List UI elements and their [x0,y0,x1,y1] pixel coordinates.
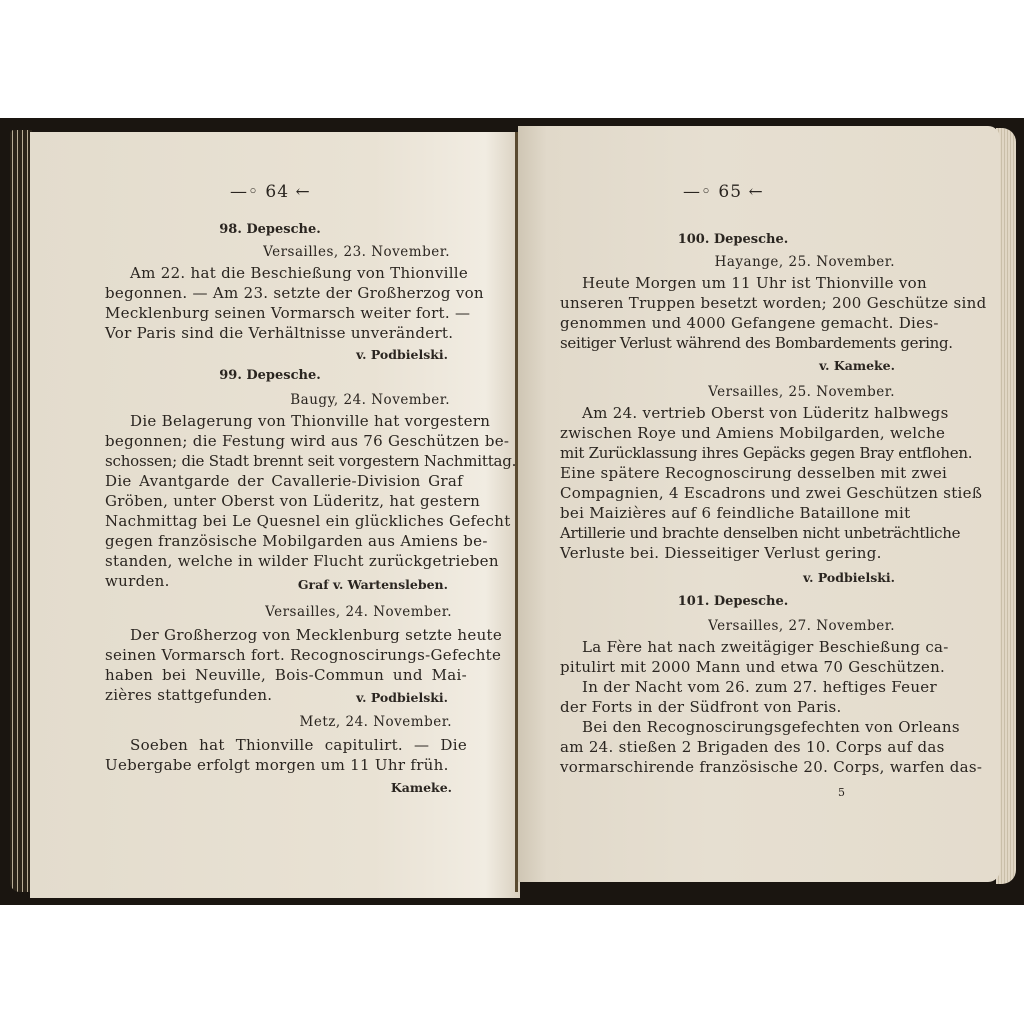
text-line: Die Belagerung von Thionville hat vorges… [105,412,463,430]
text-line: Verluste bei. Diesseitiger Verlust gerin… [560,544,882,562]
text-line: pitulirt mit 2000 Mann und etwa 70 Gesch… [560,658,910,676]
dispatch-heading: 99. Depesche. [210,368,330,383]
text-line: vormarschirende französische 20. Corps, … [560,758,910,776]
page-number: —◦ 64 ← [230,182,311,202]
text-line: begonnen. — Am 23. setzte der Großherzog… [105,284,463,302]
text-line: Mecklenburg seinen Vormarsch weiter fort… [105,304,463,322]
text-line: Uebergabe erfolgt morgen um 11 Uhr früh. [105,756,449,774]
text-line: der Forts in der Südfront von Paris. [560,698,842,716]
text-line: Am 24. vertrieb Oberst von Lüderitz halb… [560,404,910,422]
text-line: Gröben, unter Oberst von Lüderitz, hat g… [105,492,463,510]
dateline: Versailles, 25. November. [708,384,895,400]
dateline: Hayange, 25. November. [715,254,895,270]
text-line: begonnen; die Festung wird aus 76 Geschü… [105,432,463,450]
dateline: Versailles, 24. November. [265,604,452,620]
text-line: Nachmittag bei Le Quesnel ein glückliche… [105,512,463,530]
text-line: Der Großherzog von Mecklenburg setzte he… [105,626,467,644]
text-line: zwischen Roye und Amiens Mobilgarden, we… [560,424,910,442]
signature: Graf v. Wartensleben. [298,577,448,592]
text-line: seitiger Verlust während des Bombardemen… [560,334,910,352]
text-line: haben bei Neuville, Bois-Commun und Mai- [105,666,467,684]
text-line: Artillerie und brachte denselben nicht u… [560,524,910,542]
text-line: am 24. stießen 2 Brigaden des 10. Corps … [560,738,910,756]
text-line: standen, welche in wilder Flucht zurückg… [105,552,463,570]
text-line: genommen und 4000 Gefangene gemacht. Die… [560,314,910,332]
text-line: gegen französische Mobilgarden aus Amien… [105,532,463,550]
text-line: Compagnien, 4 Escadrons und zwei Geschüt… [560,484,910,502]
text-line: zières stattgefunden. [105,686,272,704]
text-line: Vor Paris sind die Verhältnisse unveränd… [105,324,453,342]
dateline: Metz, 24. November. [300,714,452,730]
text-line: Eine spätere Recognoscirung desselben mi… [560,464,910,482]
text-line: unseren Truppen besetzt worden; 200 Gesc… [560,294,910,312]
text-line: Heute Morgen um 11 Uhr ist Thionville vo… [560,274,910,292]
page-number: —◦ 65 ← [683,182,764,202]
printer-signature-mark: 5 [838,786,845,799]
text-line: schossen; die Stadt brennt seit vorgeste… [105,452,463,470]
text-line: In der Nacht vom 26. zum 27. heftiges Fe… [560,678,910,696]
dateline: Versailles, 23. November. [263,244,450,260]
right-page: —◦ 65 ← 100. Depesche. Hayange, 25. Nove… [518,126,1000,882]
text-line: Am 22. hat die Beschießung von Thionvill… [105,264,463,282]
signature: v. Podbielski. [803,570,895,585]
dispatch-heading: 101. Depesche. [668,594,798,609]
left-page-stack-edges [10,130,32,892]
left-page: —◦ 64 ← 98. Depesche. Versailles, 23. No… [30,132,520,898]
text-line: seinen Vormarsch fort. Recognoscirungs-G… [105,646,467,664]
text-line: wurden. [105,572,170,590]
text-line: Bei den Recognoscirungsgefechten von Orl… [560,718,910,736]
dispatch-heading: 98. Depesche. [210,222,330,237]
dateline: Versailles, 27. November. [708,618,895,634]
text-line: bei Maizières auf 6 feindliche Bataillon… [560,504,910,522]
text-line: mit Zurücklassung ihres Gepäcks gegen Br… [560,444,910,462]
text-line: Die Avantgarde der Cavallerie-Division G… [105,472,463,490]
text-line: Soeben hat Thionville capitulirt. — Die [105,736,467,754]
signature: v. Podbielski. [356,690,448,705]
text-line: La Fère hat nach zweitägiger Beschießung… [560,638,910,656]
signature: v. Kameke. [819,358,895,373]
signature: Kameke. [391,780,452,795]
signature: v. Podbielski. [356,347,448,362]
dispatch-heading: 100. Depesche. [668,232,798,247]
dateline: Baugy, 24. November. [290,392,450,408]
